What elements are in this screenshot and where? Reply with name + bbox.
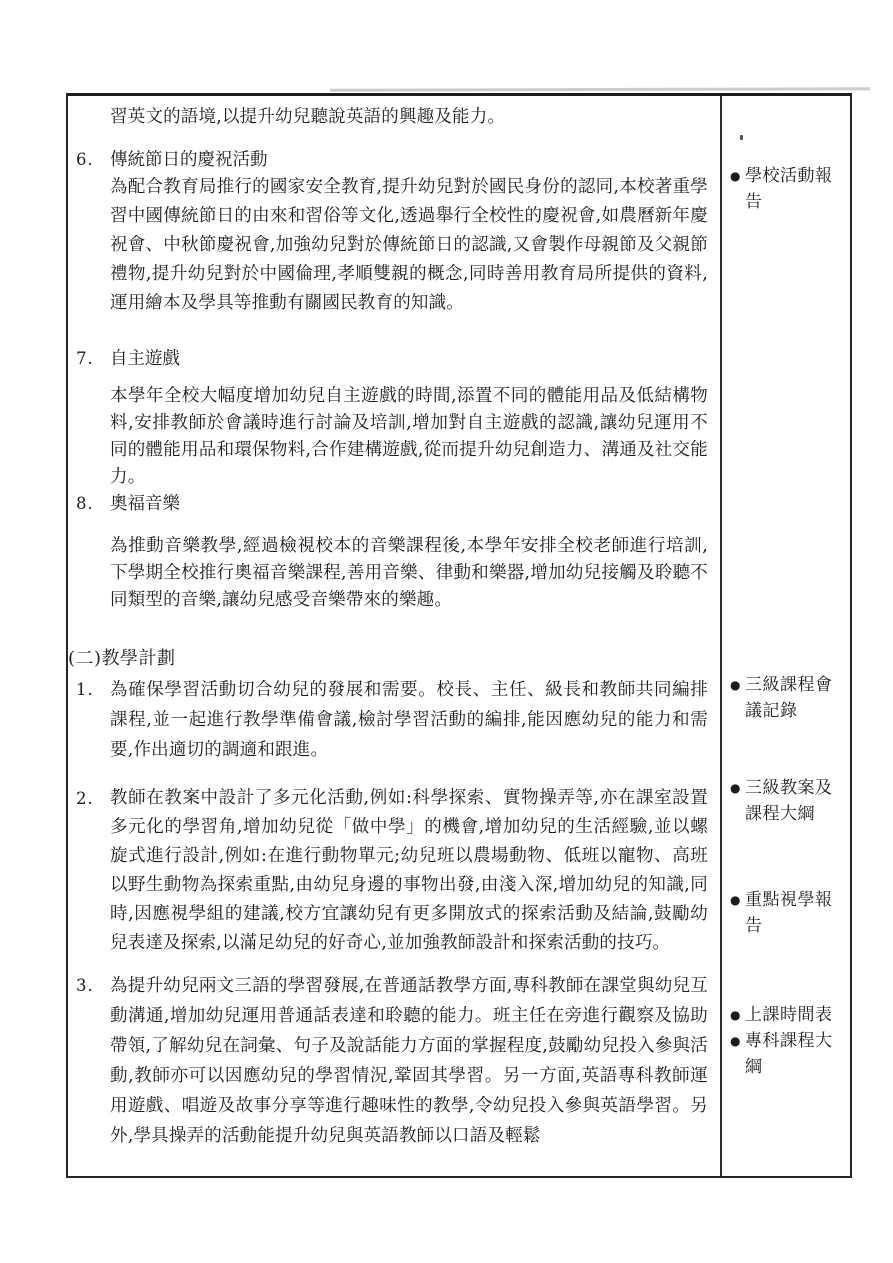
bullet-icon: ● xyxy=(730,1028,745,1054)
item-number: 1. xyxy=(76,675,94,704)
margin-note: ●三級教案及課程大綱 xyxy=(730,775,838,827)
item-body: 為推動音樂教學,經過檢視校本的音樂課程後,本學年安排全校老師進行培訓,下學期全校… xyxy=(110,533,708,614)
item-number: 3. xyxy=(76,971,94,1000)
margin-note-label: 上課時間表 xyxy=(745,1005,833,1025)
margin-note-label: 專科課程大綱 xyxy=(745,1031,833,1077)
plan-item-1: 1. 為確保學習活動切合幼兒的發展和需要。校長、主任、級長和教師共同編排課程,並… xyxy=(68,675,720,765)
item-title: 傳統節日的慶祝活動 xyxy=(110,147,708,173)
margin-note: ●重點視學報告 xyxy=(730,887,838,939)
margin-note-label: 學校活動報告 xyxy=(745,166,833,212)
margin-note: ●上課時間表 xyxy=(730,1002,838,1028)
bullet-icon: ● xyxy=(730,887,745,913)
plan-item-3: 3. 為提升幼兒兩文三語的學習發展,在普通話教學方面,專科教師在課堂與幼兒互動溝… xyxy=(68,971,720,1151)
main-text-column: 習英文的語境,以提升幼兒聽說英語的興趣及能力。 6. 傳統節日的慶祝活動 為配合… xyxy=(68,96,722,1176)
margin-note-label: 三級教案及課程大綱 xyxy=(745,778,833,824)
item-number: 7. xyxy=(76,346,94,372)
activity-item-6: 6. 傳統節日的慶祝活動 為配合教育局推行的國家安全教育,提升幼兒對於國民身份的… xyxy=(68,147,720,318)
item-number: 2. xyxy=(76,784,94,813)
item-body: 本學年全校大幅度增加幼兒自主遊戲的時間,添置不同的體能用品及低結構物料,安排教師… xyxy=(110,383,708,491)
scanned-document-page: 習英文的語境,以提升幼兒聽說英語的興趣及能力。 6. 傳統節日的慶祝活動 為配合… xyxy=(0,0,893,1263)
item-title: 自主遊戲 xyxy=(110,346,708,372)
bullet-icon: ● xyxy=(730,1002,745,1028)
document-table: 習英文的語境,以提升幼兒聽說英語的興趣及能力。 6. 傳統節日的慶祝活動 為配合… xyxy=(66,93,852,1178)
plan-item-2: 2. 教師在教案中設計了多元化活動,例如:科學探索、實物操弄等,亦在課室設置多元… xyxy=(68,784,720,958)
item-number: 8. xyxy=(76,491,94,517)
scan-artifact-streak xyxy=(330,87,870,91)
scan-artifact-dot xyxy=(740,135,743,140)
teaching-plan-heading: (二)教學計劃 xyxy=(68,644,720,674)
margin-note: ●專科課程大綱 xyxy=(730,1028,838,1080)
activity-item-7: 7. 自主遊戲 本學年全校大幅度增加幼兒自主遊戲的時間,添置不同的體能用品及低結… xyxy=(68,346,720,491)
margin-note: ●三級課程會議記錄 xyxy=(730,672,838,724)
margin-notes-column: ●學校活動報告 ●三級課程會議記錄 ●三級教案及課程大綱 ●重點視學報告 ●上課… xyxy=(722,96,850,1176)
item-body: 為提升幼兒兩文三語的學習發展,在普通話教學方面,專科教師在課堂與幼兒互動溝通,增… xyxy=(110,971,708,1151)
item-body: 教師在教案中設計了多元化活動,例如:科學探索、實物操弄等,亦在課室設置多元化的學… xyxy=(110,784,708,958)
margin-note-label: 三級課程會議記錄 xyxy=(745,675,833,721)
bullet-icon: ● xyxy=(730,672,745,698)
margin-note: ●學校活動報告 xyxy=(730,163,838,215)
item-title: 奧福音樂 xyxy=(110,491,708,517)
bullet-icon: ● xyxy=(730,163,745,189)
bullet-icon: ● xyxy=(730,775,745,801)
item-body: 為配合教育局推行的國家安全教育,提升幼兒對於國民身份的認同,本校著重學習中國傳統… xyxy=(110,173,708,318)
activity-item-8: 8. 奧福音樂 為推動音樂教學,經過檢視校本的音樂課程後,本學年安排全校老師進行… xyxy=(68,491,720,614)
continuation-paragraph: 習英文的語境,以提升幼兒聽說英語的興趣及能力。 xyxy=(110,102,708,132)
item-number: 6. xyxy=(76,147,94,173)
margin-note-label: 重點視學報告 xyxy=(745,890,833,936)
item-body: 為確保學習活動切合幼兒的發展和需要。校長、主任、級長和教師共同編排課程,並一起進… xyxy=(110,675,708,765)
